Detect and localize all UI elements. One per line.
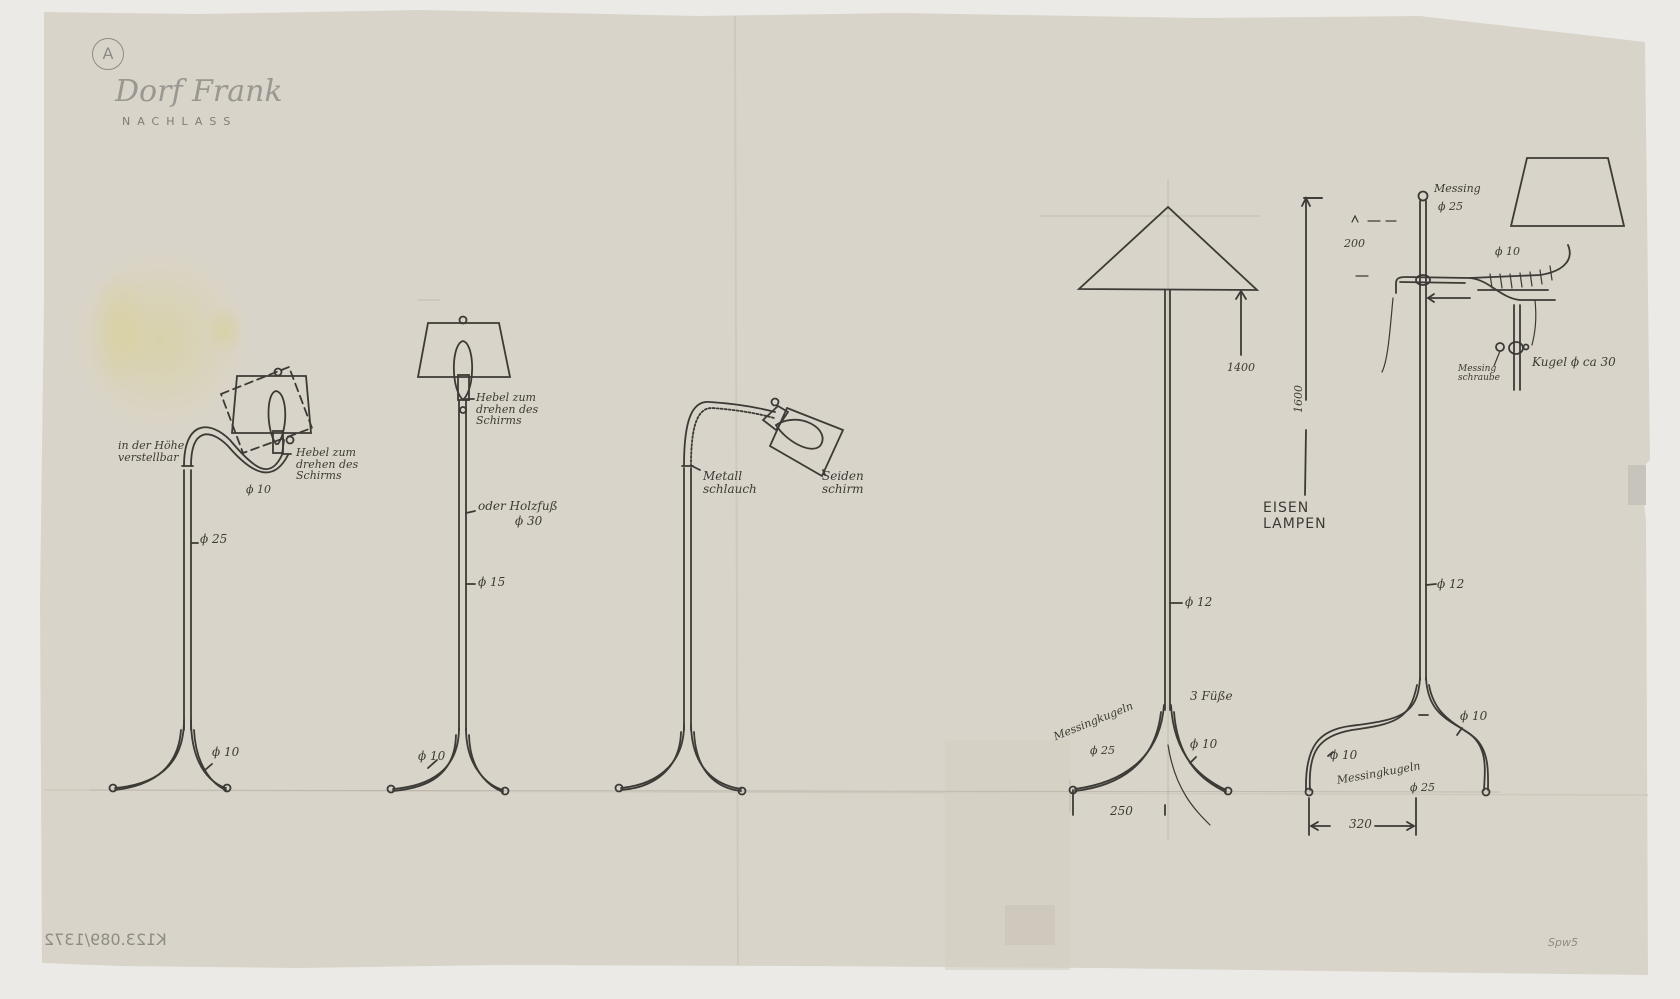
lamp-1-arm-diameter: ϕ 10 (246, 484, 271, 496)
lamp-2-stem-diameter: ϕ 15 (478, 576, 505, 589)
sheet-mark: A (103, 44, 114, 63)
lamp-5-foot-left-diameter: ϕ 10 (1330, 749, 1357, 762)
lamp-1-lever-label: Hebel zum drehen des Schirms (296, 447, 364, 482)
lamp-5-brass-diameter: ϕ 25 (1410, 782, 1435, 794)
lamp-2-drawing (388, 317, 511, 795)
lamp-5-arm-diameter: ϕ 10 (1495, 246, 1520, 258)
signature: Dorf Frank (115, 74, 283, 109)
lamp-5-drawing (1306, 158, 1625, 835)
lamp-5-stem-diameter: ϕ 12 (1437, 578, 1464, 591)
lamp-4-feet-count: 3 Füße (1190, 690, 1233, 703)
lamp-5-brass-screw: Messing schraube (1458, 365, 1498, 384)
lamp-4-foot-span: 250 (1110, 805, 1133, 818)
lamp-2-foot-diameter: ϕ 10 (418, 750, 445, 763)
lamp-1-foot-diameter: ϕ 10 (212, 746, 239, 759)
lamp-5-ball-label: Kugel ϕ ca 30 (1532, 356, 1616, 369)
lamp-5-foot-span: 320 (1349, 818, 1372, 831)
nachlass-stamp: NACHLASS (122, 115, 237, 128)
lamp-4-stem-diameter: ϕ 12 (1185, 596, 1212, 609)
lamp-1-adjust-height-label: in der Höhe verstellbar (118, 440, 188, 463)
lamp-5-offset-200: 200 (1344, 238, 1365, 250)
drawing-stage: A Dorf Frank NACHLASS in der Höhe verste… (0, 0, 1680, 999)
title-eisen-lampen: EISEN LAMPEN (1263, 500, 1327, 532)
lamp-2-lever-label: Hebel zum drehen des Schirms (476, 392, 576, 427)
lamp-2-wood-diameter: ϕ 30 (515, 515, 542, 528)
dimension-1600 (1302, 198, 1322, 495)
lamp-5-top-diameter: ϕ 25 (1438, 201, 1463, 213)
lamp-5-top-finial: Messing (1434, 183, 1481, 195)
lamp-4-drawing (1040, 180, 1260, 840)
inventory-number: K123.089/1372 (44, 930, 167, 949)
lamp-5-foot-right-diameter: ϕ 10 (1460, 710, 1487, 723)
lamp-3-drawing (616, 399, 844, 795)
lamp-3-hose-label: Metall schlauch (703, 470, 773, 495)
lamp-4-shade-height: 1400 (1227, 362, 1255, 374)
corner-note: Spw5 (1548, 936, 1578, 949)
lamp-4-foot-diameter: ϕ 10 (1190, 738, 1217, 751)
total-height-1600: 1600 (1293, 385, 1305, 413)
lamp-1-drawing (110, 367, 313, 792)
lamp-2-wood-option: oder Holzfuß (478, 500, 558, 513)
lamp-3-shade-label: Seiden schirm (822, 470, 872, 495)
sheet-mark-circle: A (92, 38, 124, 70)
lamp-drawings (0, 0, 1680, 999)
lamp-4-brass-diameter: ϕ 25 (1090, 745, 1115, 757)
lamp-1-stem-diameter: ϕ 25 (200, 533, 227, 546)
